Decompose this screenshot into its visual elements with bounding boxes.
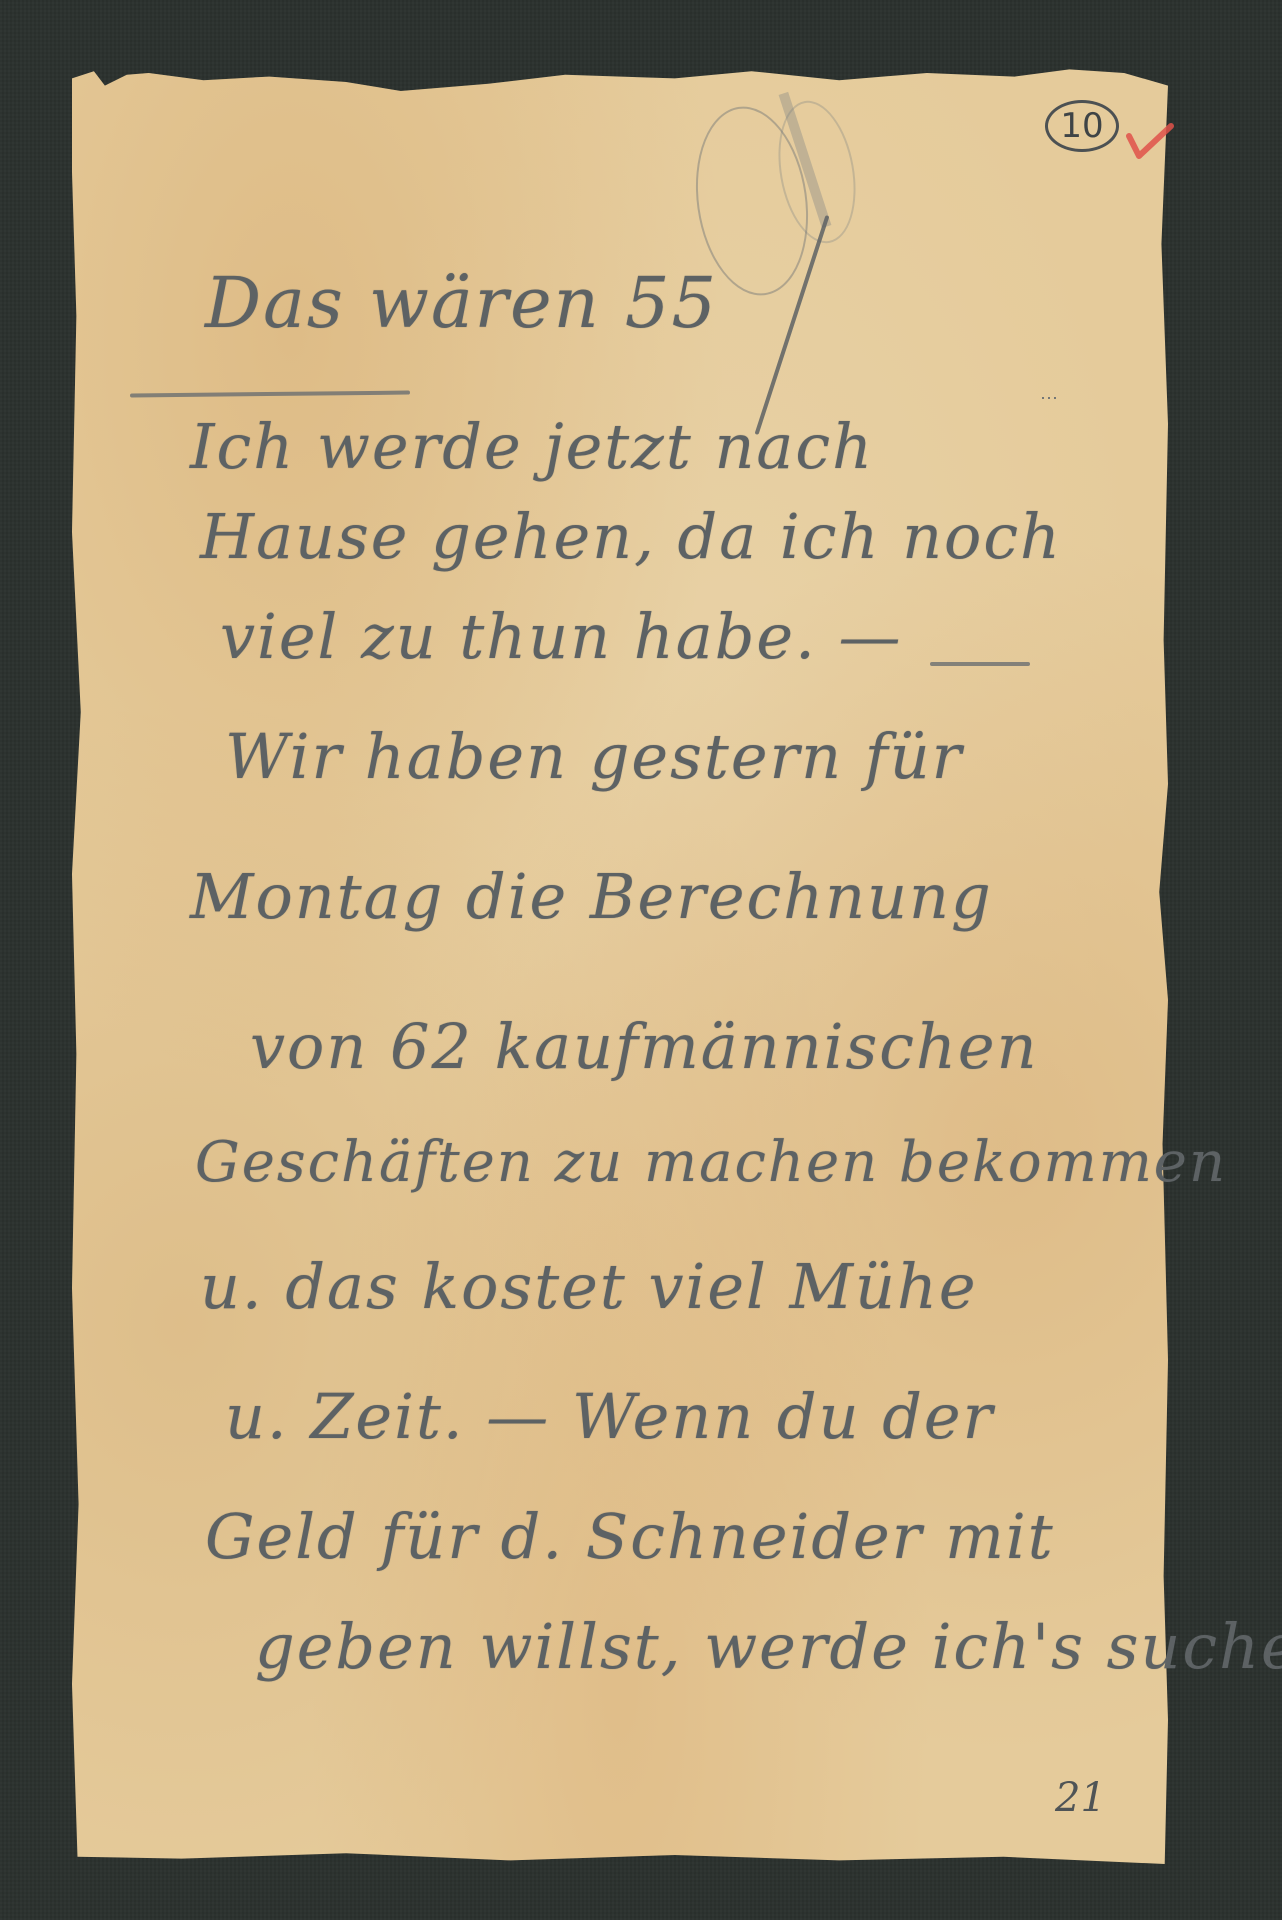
text-line-1: Ich werde jetzt nach — [190, 410, 874, 483]
text-line-7: Geschäften zu machen bekommen — [195, 1130, 1227, 1195]
text-line-3: viel zu thun habe. — — [220, 600, 903, 673]
red-check-mark-icon — [1125, 122, 1175, 162]
pencil-dots: ⋯ — [1040, 388, 1061, 409]
text-line-4: Wir haben gestern für — [225, 720, 963, 793]
text-line-10: Geld für d. Schneider mit — [205, 1500, 1055, 1573]
text-line-8: u. das kostet viel Mühe — [200, 1250, 978, 1323]
heading-line: Das wären 55 — [205, 262, 718, 344]
folio-number-circled: 10 — [1045, 100, 1119, 152]
folio-number: 10 — [1060, 106, 1103, 146]
text-line-5: Montag die Berechnung — [190, 860, 993, 933]
text-line-6: von 62 kaufmännischen — [250, 1010, 1039, 1083]
page-number: 21 — [1055, 1775, 1106, 1821]
text-line-9: u. Zeit. — Wenn du der — [225, 1380, 994, 1453]
text-line-2: Hause gehen, da ich noch — [200, 500, 1062, 573]
pencil-dash — [930, 662, 1030, 666]
text-line-11: geben willst, werde ich's suchen — [255, 1610, 1282, 1683]
